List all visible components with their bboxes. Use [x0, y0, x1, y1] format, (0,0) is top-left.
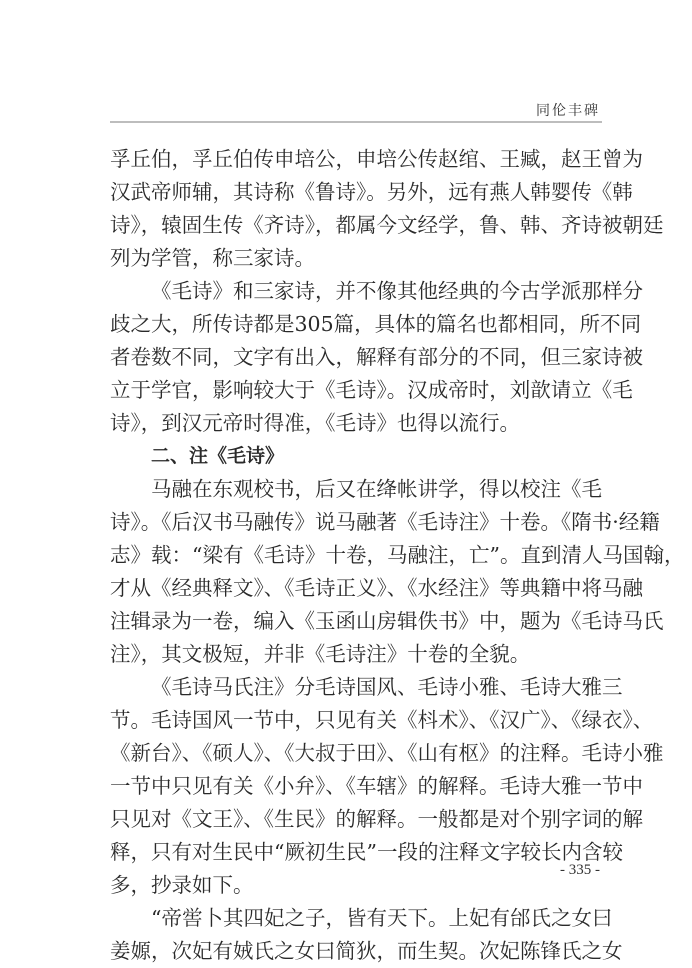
text-line: 注辑录为一卷，编入《玉函山房辑佚书》中，题为《毛诗马氏: [110, 605, 602, 638]
text-line: 节。毛诗国风一节中，只见有关《枓术》、《汉广》、《绿衣》、: [110, 704, 602, 737]
text-line: 一节中只见有关《小弁》、《车辖》的解释。毛诗大雅一节中: [110, 770, 602, 803]
text-line: 姜嫄，次妃有娀氏之女曰简狄，而生契。次妃陈锋氏之女: [110, 935, 602, 968]
text-line: 者卷数不同，文字有出入，解释有部分的不同，但三家诗被: [110, 341, 602, 374]
text-line: 马融在东观校书，后又在绛帐讲学，得以校注《毛: [110, 473, 602, 506]
text-line: 《毛诗马氏注》分毛诗国风、毛诗小雅、毛诗大雅三: [110, 671, 602, 704]
text-line: 只见对《文王》、《生民》的解释。一般都是对个别字词的解: [110, 803, 602, 836]
text-line: 诗》。《后汉书马融传》说马融著《毛诗注》十卷。《隋书·经籍: [110, 506, 602, 539]
text-line: 列为学管，称三家诗。: [110, 242, 602, 275]
text-line: 汉武帝师辅，其诗称《鲁诗》。另外，远有燕人韩婴传《韩: [110, 176, 602, 209]
text-line: 孚丘伯，孚丘伯传申培公，申培公传赵绾、王臧，赵王曾为: [110, 143, 602, 176]
text-line: 诗》，到汉元帝时得准，《毛诗》也得以流行。: [110, 407, 602, 440]
page-body-text: 孚丘伯，孚丘伯传申培公，申培公传赵绾、王臧，赵王曾为汉武帝师辅，其诗称《鲁诗》。…: [110, 143, 602, 968]
header-rule: [110, 121, 602, 123]
running-header-title: 同伦丰碑: [536, 100, 600, 120]
text-line: 《新台》、《硕人》、《大叔于田》、《山有枢》的注释。毛诗小雅: [110, 737, 602, 770]
text-line: 多，抄录如下。: [110, 869, 602, 902]
text-line: 歧之大，所传诗都是305篇，具体的篇名也都相同，所不同: [110, 308, 602, 341]
text-line: 释，只有对生民中“厥初生民”一段的注释文字较长内含较: [110, 836, 602, 869]
text-line: 才从《经典释文》、《毛诗正义》、《水经注》等典籍中将马融: [110, 572, 602, 605]
text-line: “帝喾卜其四妃之子，皆有天下。上妃有邰氏之女曰: [110, 902, 602, 935]
page-number: - 335 -: [560, 862, 600, 879]
text-line: 志》载：“梁有《毛诗》十卷，马融注，亡”。直到清人马国翰，: [110, 539, 602, 572]
text-line: 立于学官，影响较大于《毛诗》。汉成帝时，刘歆请立《毛: [110, 374, 602, 407]
text-line: 注》，其文极短，并非《毛诗注》十卷的全貌。: [110, 638, 602, 671]
text-line: 诗》，辕固生传《齐诗》，都属今文经学，鲁、韩、齐诗被朝廷: [110, 209, 602, 242]
text-line: 《毛诗》和三家诗，并不像其他经典的今古学派那样分: [110, 275, 602, 308]
section-heading: 二、注《毛诗》: [110, 440, 602, 473]
